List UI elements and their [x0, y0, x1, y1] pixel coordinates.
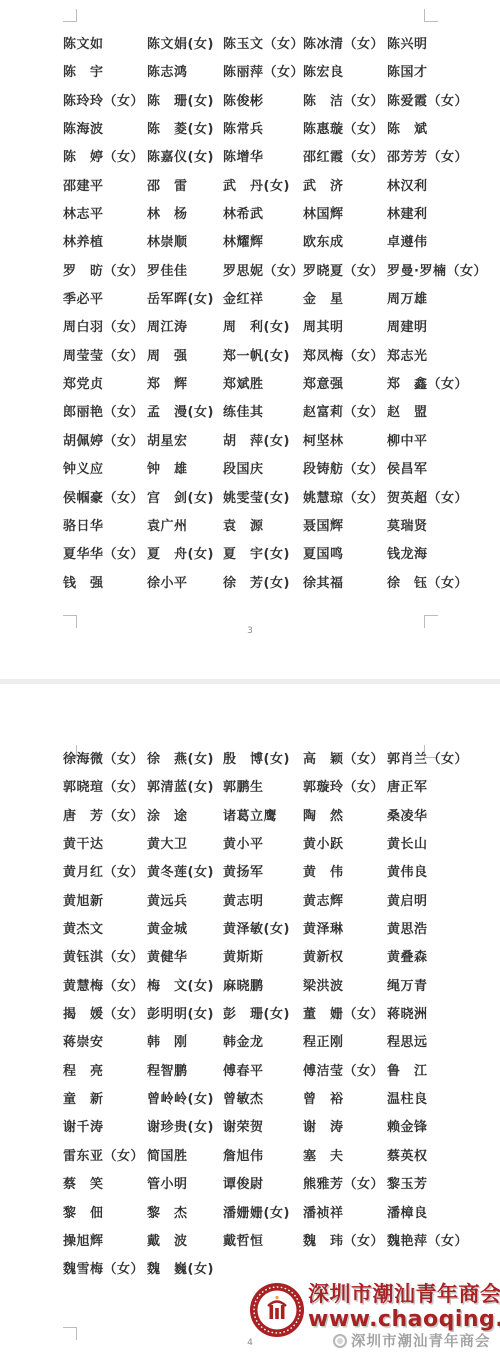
person-name: 林建利 — [387, 201, 475, 229]
name-row: 唐 芳（女）涂 途诸葛立鹰陶 然桑凌华 — [63, 803, 475, 831]
person-name: 陈增华 — [223, 144, 303, 172]
person-name: 周白羽（女） — [63, 314, 147, 342]
name-row: 林志平林 杨林希武林国辉林建利 — [63, 201, 475, 229]
person-name: 程智鹏 — [147, 1058, 223, 1086]
person-name: 郑党贞 — [63, 371, 147, 399]
page-number: 3 — [0, 626, 500, 636]
person-name: 高 颖（女） — [303, 746, 387, 774]
person-name: 潘姗姗(女) — [223, 1200, 303, 1228]
name-row: 陈文如陈文娟(女)陈玉文（女）陈冰清（女）陈兴明 — [63, 31, 475, 59]
person-name: 陈 婷（女） — [63, 144, 147, 172]
name-row: 郎丽艳（女）孟 漫(女)练佳其赵富莉（女）赵 盟 — [63, 399, 475, 427]
person-name: 胡星宏 — [147, 428, 223, 456]
person-name: 练佳其 — [223, 399, 303, 427]
person-name: 林耀辉 — [223, 229, 303, 257]
person-name: 揭 媛（女） — [63, 1001, 147, 1029]
person-name: 黄启明 — [387, 888, 475, 916]
person-name: 魏 玮（女） — [303, 1228, 387, 1256]
person-name: 陈 斌 — [387, 116, 475, 144]
person-name: 韩金龙 — [223, 1029, 303, 1057]
person-name: 徐 芳(女) — [223, 570, 303, 598]
person-name: 钟 雄 — [147, 456, 223, 484]
person-name: 罗晓夏（女） — [303, 258, 387, 286]
person-name: 郑 辉 — [147, 371, 223, 399]
person-name: 曾岭岭(女) — [147, 1086, 223, 1114]
document-page-3: 陈文如陈文娟(女)陈玉文（女）陈冰清（女）陈兴明陈 宇陈志鸿陈丽萍（女）陈宏良陈… — [0, 0, 500, 679]
name-row: 罗 昉（女）罗佳佳罗思妮（女）罗晓夏（女）罗曼·罗楠（女） — [63, 258, 475, 286]
person-name: 贺英超（女） — [387, 485, 475, 513]
person-name: 赖金锋 — [387, 1114, 475, 1142]
person-name: 陈 珊(女) — [147, 88, 223, 116]
person-name: 林 杨 — [147, 201, 223, 229]
person-name: 林汉利 — [387, 173, 475, 201]
person-name: 胡 萍(女) — [223, 428, 303, 456]
chamber-seal-icon — [249, 1282, 305, 1338]
person-name: 陈宏良 — [303, 59, 387, 87]
person-name: 林希武 — [223, 201, 303, 229]
person-name: 郭清蓝(女) — [147, 774, 223, 802]
person-name: 钱 强 — [63, 570, 147, 598]
person-name: 钱龙海 — [387, 541, 475, 569]
person-name: 陈 洁（女） — [303, 88, 387, 116]
person-name: 袁 源 — [223, 513, 303, 541]
person-name: 周 强 — [147, 343, 223, 371]
person-name: 温柱良 — [387, 1086, 475, 1114]
person-name: 夏国鸣 — [303, 541, 387, 569]
person-name: 黄健华 — [147, 944, 223, 972]
person-name: 段铸舫（女） — [303, 456, 387, 484]
name-row: 黄月红（女）黄冬莲(女)黄扬军黄 伟黄伟良 — [63, 859, 475, 887]
person-name: 黄泽敏(女) — [223, 916, 303, 944]
person-name: 涂 途 — [147, 803, 223, 831]
person-name: 姚雯莹(女) — [223, 485, 303, 513]
person-name: 魏 巍(女) — [147, 1256, 223, 1284]
person-name: 操旭辉 — [63, 1228, 147, 1256]
person-name: 林志平 — [63, 201, 147, 229]
person-name: 黄大卫 — [147, 831, 223, 859]
person-name: 陈海波 — [63, 116, 147, 144]
person-name: 郭肖兰（女） — [387, 746, 475, 774]
person-name: 谢千涛 — [63, 1114, 147, 1142]
person-name: 郑意强 — [303, 371, 387, 399]
person-name: 徐 燕(女) — [147, 746, 223, 774]
person-name: 聂国辉 — [303, 513, 387, 541]
person-name: 谢珍贵(女) — [147, 1114, 223, 1142]
watermark-logo-icon — [333, 1334, 347, 1348]
margin-corner-mark — [424, 9, 438, 22]
watermark-text: 深圳市潮汕青年商会 — [351, 1330, 491, 1351]
name-row: 郭晓瑄（女）郭清蓝(女)郭鹏生郭璇玲（女）唐正军 — [63, 774, 475, 802]
person-name: 郎丽艳（女） — [63, 399, 147, 427]
person-name: 蒋晓洲 — [387, 1001, 475, 1029]
name-row: 郑党贞郑 辉郑斌胜郑意强郑 鑫（女） — [63, 371, 475, 399]
name-row: 陈 婷（女）陈嘉仪(女)陈增华邵红霞（女）邵芳芳（女） — [63, 144, 475, 172]
person-name: 管小明 — [147, 1171, 223, 1199]
name-list-page-3: 陈文如陈文娟(女)陈玉文（女）陈冰清（女）陈兴明陈 宇陈志鸿陈丽萍（女）陈宏良陈… — [63, 31, 475, 598]
person-name: 韩 刚 — [147, 1029, 223, 1057]
person-name: 周建明 — [387, 314, 475, 342]
person-name: 程 亮 — [63, 1058, 147, 1086]
name-row: 蒋崇安韩 刚韩金龙程正刚程思远 — [63, 1029, 475, 1057]
person-name: 魏雪梅（女） — [63, 1256, 147, 1284]
person-name: 黄伟良 — [387, 859, 475, 887]
name-row: 操旭辉戴 波戴哲恒魏 玮（女）魏艳萍（女） — [63, 1228, 475, 1256]
gray-watermark: 深圳市潮汕青年商会 — [333, 1330, 491, 1351]
name-row: 揭 媛（女）彭明明(女)彭 珊(女)董 姗（女）蒋晓洲 — [63, 1001, 475, 1029]
name-row: 季必平岳军晖(女)金红祥金 星周万雄 — [63, 286, 475, 314]
name-row: 雷东亚（女）简国胜詹旭伟塞 夫蔡英权 — [63, 1143, 475, 1171]
person-name: 周万雄 — [387, 286, 475, 314]
person-name: 郭璇玲（女） — [303, 774, 387, 802]
person-name: 戴哲恒 — [223, 1228, 303, 1256]
person-name: 陈志鸿 — [147, 59, 223, 87]
name-row: 蔡 笑管小明谭俊尉熊雅芳（女）黎玉芳 — [63, 1171, 475, 1199]
person-name: 黎 杰 — [147, 1200, 223, 1228]
person-name: 邵芳芳（女） — [387, 144, 475, 172]
person-name: 黄叠森 — [387, 944, 475, 972]
person-name: 麻晓鹏 — [223, 973, 303, 1001]
person-name: 蔡 笑 — [63, 1171, 147, 1199]
name-list-page-4: 徐海微（女）徐 燕(女)殷 博(女)高 颖（女）郭肖兰（女）郭晓瑄（女）郭清蓝(… — [63, 746, 475, 1285]
person-name: 梅 文(女) — [147, 973, 223, 1001]
person-name: 潘祯祥 — [303, 1200, 387, 1228]
name-row: 胡佩婷（女）胡星宏胡 萍(女)柯坚林柳中平 — [63, 428, 475, 456]
person-name: 曾敏杰 — [223, 1086, 303, 1114]
person-name: 郑志光 — [387, 343, 475, 371]
name-row: 周白羽（女）周江涛周 利(女)周其明周建明 — [63, 314, 475, 342]
person-name: 陈玉文（女） — [223, 31, 303, 59]
person-name: 柯坚林 — [303, 428, 387, 456]
person-name: 金红祥 — [223, 286, 303, 314]
person-name: 段国庆 — [223, 456, 303, 484]
person-name: 陈国才 — [387, 59, 475, 87]
person-name: 蒋崇安 — [63, 1029, 147, 1057]
person-name: 武 丹(女) — [223, 173, 303, 201]
person-name: 黄志明 — [223, 888, 303, 916]
name-row: 魏雪梅（女）魏 巍(女) — [63, 1256, 475, 1284]
person-name: 欧东成 — [303, 229, 387, 257]
person-name: 黄金城 — [147, 916, 223, 944]
person-name: 黄钰淇（女） — [63, 944, 147, 972]
person-name: 魏艳萍（女） — [387, 1228, 475, 1256]
person-name: 黄长山 — [387, 831, 475, 859]
person-name: 黄杰文 — [63, 916, 147, 944]
person-name: 陈 宇 — [63, 59, 147, 87]
org-name-text: 深圳市潮汕青年商会 — [308, 1282, 500, 1307]
person-name: 周莹莹（女） — [63, 343, 147, 371]
person-name: 雷东亚（女） — [63, 1143, 147, 1171]
person-name: 桑凌华 — [387, 803, 475, 831]
person-name: 夏华华（女） — [63, 541, 147, 569]
person-name: 季必平 — [63, 286, 147, 314]
person-name: 岳军晖(女) — [147, 286, 223, 314]
person-name: 塞 夫 — [303, 1143, 387, 1171]
person-name: 郑斌胜 — [223, 371, 303, 399]
person-name: 黄斯斯 — [223, 944, 303, 972]
person-name: 胡佩婷（女） — [63, 428, 147, 456]
person-name: 彭明明(女) — [147, 1001, 223, 1029]
person-name: 绳万青 — [387, 973, 475, 1001]
person-name: 金 星 — [303, 286, 387, 314]
person-name: 陈惠璇（女） — [303, 116, 387, 144]
name-row: 黄干达黄大卫黄小平黄小跃黄长山 — [63, 831, 475, 859]
person-name: 陈嘉仪(女) — [147, 144, 223, 172]
person-name: 孟 漫(女) — [147, 399, 223, 427]
person-name: 陈文娟(女) — [147, 31, 223, 59]
name-row: 徐海微（女）徐 燕(女)殷 博(女)高 颖（女）郭肖兰（女） — [63, 746, 475, 774]
name-row: 夏华华（女）夏 舟(女)夏 宇(女)夏国鸣钱龙海 — [63, 541, 475, 569]
person-name: 罗 昉（女） — [63, 258, 147, 286]
name-row: 陈玲玲（女）陈 珊(女)陈俊彬陈 洁（女）陈爱霞（女） — [63, 88, 475, 116]
person-name: 陈爱霞（女） — [387, 88, 475, 116]
person-name: 陈冰清（女） — [303, 31, 387, 59]
person-name: 侯帼豪（女） — [63, 485, 147, 513]
person-name: 邵红霞（女） — [303, 144, 387, 172]
person-name: 钟义应 — [63, 456, 147, 484]
person-name: 周 利(女) — [223, 314, 303, 342]
person-name: 夏 宇(女) — [223, 541, 303, 569]
person-name: 黄泽琳 — [303, 916, 387, 944]
person-name: 夏 舟(女) — [147, 541, 223, 569]
person-name: 邵 雷 — [147, 173, 223, 201]
person-name: 黄思浩 — [387, 916, 475, 944]
person-name: 黄扬军 — [223, 859, 303, 887]
name-row: 黎 佃黎 杰潘姗姗(女)潘祯祥潘樟良 — [63, 1200, 475, 1228]
name-row: 钟义应钟 雄段国庆段铸舫（女）侯昌军 — [63, 456, 475, 484]
person-name: 骆日华 — [63, 513, 147, 541]
person-name: 徐海微（女） — [63, 746, 147, 774]
person-name: 黄月红（女） — [63, 859, 147, 887]
person-name: 林崇顺 — [147, 229, 223, 257]
document-viewer: 陈文如陈文娟(女)陈玉文（女）陈冰清（女）陈兴明陈 宇陈志鸿陈丽萍（女）陈宏良陈… — [0, 0, 500, 1358]
person-name: 黄冬莲(女) — [147, 859, 223, 887]
document-page-4: 徐海微（女）徐 燕(女)殷 博(女)高 颖（女）郭肖兰（女）郭晓瑄（女）郭清蓝(… — [0, 684, 500, 1358]
person-name: 黄干达 — [63, 831, 147, 859]
margin-corner-mark — [63, 9, 77, 22]
person-name: 詹旭伟 — [223, 1143, 303, 1171]
person-name: 陈俊彬 — [223, 88, 303, 116]
person-name: 黄远兵 — [147, 888, 223, 916]
person-name: 黄旭新 — [63, 888, 147, 916]
person-name: 林养植 — [63, 229, 147, 257]
person-name: 郭晓瑄（女） — [63, 774, 147, 802]
person-name: 徐小平 — [147, 570, 223, 598]
person-name: 罗曼·罗楠（女） — [387, 258, 475, 286]
name-row: 林养植林崇顺林耀辉欧东成卓遵伟 — [63, 229, 475, 257]
person-name: 林国辉 — [303, 201, 387, 229]
name-row: 黄慧梅（女）梅 文(女)麻晓鹏梁洪波绳万青 — [63, 973, 475, 1001]
person-name: 徐其福 — [303, 570, 387, 598]
person-name: 侯昌军 — [387, 456, 475, 484]
person-name: 姚慧琼（女） — [303, 485, 387, 513]
person-name: 陈玲玲（女） — [63, 88, 147, 116]
person-name: 熊雅芳（女） — [303, 1171, 387, 1199]
person-name: 蔡英权 — [387, 1143, 475, 1171]
person-name: 简国胜 — [147, 1143, 223, 1171]
person-name: 唐 芳（女） — [63, 803, 147, 831]
person-name: 黄慧梅（女） — [63, 973, 147, 1001]
name-row: 黄钰淇（女）黄健华黄斯斯黄新权黄叠森 — [63, 944, 475, 972]
name-row: 黄旭新黄远兵黄志明黄志辉黄启明 — [63, 888, 475, 916]
person-name: 陈文如 — [63, 31, 147, 59]
name-row: 陈海波陈 菱(女)陈常兵陈惠璇（女）陈 斌 — [63, 116, 475, 144]
person-name: 邵建平 — [63, 173, 147, 201]
person-name: 彭 珊(女) — [223, 1001, 303, 1029]
person-name: 罗佳佳 — [147, 258, 223, 286]
person-name: 谢 涛 — [303, 1114, 387, 1142]
person-name: 郑凤梅（女） — [303, 343, 387, 371]
person-name: 郑一帆(女) — [223, 343, 303, 371]
person-name: 潘樟良 — [387, 1200, 475, 1228]
person-name: 殷 博(女) — [223, 746, 303, 774]
person-name: 黄小平 — [223, 831, 303, 859]
name-row: 周莹莹（女）周 强郑一帆(女)郑凤梅（女）郑志光 — [63, 343, 475, 371]
name-row: 程 亮程智鹏傅春平傅洁莹（女）鲁 江 — [63, 1058, 475, 1086]
person-name: 罗思妮（女） — [223, 258, 303, 286]
name-row: 侯帼豪（女）宫 剑(女)姚雯莹(女)姚慧琼（女）贺英超（女） — [63, 485, 475, 513]
person-name: 童 新 — [63, 1086, 147, 1114]
person-name: 谢荣贺 — [223, 1114, 303, 1142]
person-name: 谭俊尉 — [223, 1171, 303, 1199]
person-name: 徐 钰（女） — [387, 570, 475, 598]
name-row: 童 新曾岭岭(女)曾敏杰曾 裕温柱良 — [63, 1086, 475, 1114]
person-name: 袁广州 — [147, 513, 223, 541]
name-row: 谢千涛谢珍贵(女)谢荣贺谢 涛赖金锋 — [63, 1114, 475, 1142]
name-row: 黄杰文黄金城黄泽敏(女)黄泽琳黄思浩 — [63, 916, 475, 944]
person-name: 柳中平 — [387, 428, 475, 456]
person-name: 诸葛立鹰 — [223, 803, 303, 831]
person-name: 宫 剑(女) — [147, 485, 223, 513]
person-name: 周江涛 — [147, 314, 223, 342]
person-name: 傅洁莹（女） — [303, 1058, 387, 1086]
person-name: 陈常兵 — [223, 116, 303, 144]
person-name: 郭鹏生 — [223, 774, 303, 802]
person-name: 卓遵伟 — [387, 229, 475, 257]
person-name: 黄小跃 — [303, 831, 387, 859]
person-name: 黎玉芳 — [387, 1171, 475, 1199]
name-row: 陈 宇陈志鸿陈丽萍（女）陈宏良陈国才 — [63, 59, 475, 87]
person-name: 黎 佃 — [63, 1200, 147, 1228]
name-row: 骆日华袁广州袁 源聂国辉莫瑞贤 — [63, 513, 475, 541]
person-name: 陈兴明 — [387, 31, 475, 59]
person-name: 黄志辉 — [303, 888, 387, 916]
person-name: 赵富莉（女） — [303, 399, 387, 427]
person-name: 董 姗（女） — [303, 1001, 387, 1029]
person-name: 陶 然 — [303, 803, 387, 831]
person-name: 曾 裕 — [303, 1086, 387, 1114]
person-name: 戴 波 — [147, 1228, 223, 1256]
person-name: 梁洪波 — [303, 973, 387, 1001]
person-name: 赵 盟 — [387, 399, 475, 427]
name-row: 钱 强徐小平徐 芳(女)徐其福徐 钰（女） — [63, 570, 475, 598]
person-name: 傅春平 — [223, 1058, 303, 1086]
person-name: 陈 菱(女) — [147, 116, 223, 144]
person-name: 程思远 — [387, 1029, 475, 1057]
person-name: 郑 鑫（女） — [387, 371, 475, 399]
person-name: 黄 伟 — [303, 859, 387, 887]
person-name: 鲁 江 — [387, 1058, 475, 1086]
person-name: 莫瑞贤 — [387, 513, 475, 541]
person-name: 武 济 — [303, 173, 387, 201]
person-name: 周其明 — [303, 314, 387, 342]
org-url-text: www.chaoqing.org — [308, 1307, 500, 1332]
name-row: 邵建平邵 雷武 丹(女)武 济林汉利 — [63, 173, 475, 201]
person-name: 黄新权 — [303, 944, 387, 972]
person-name: 陈丽萍（女） — [223, 59, 303, 87]
person-name: 唐正军 — [387, 774, 475, 802]
person-name: 程正刚 — [303, 1029, 387, 1057]
